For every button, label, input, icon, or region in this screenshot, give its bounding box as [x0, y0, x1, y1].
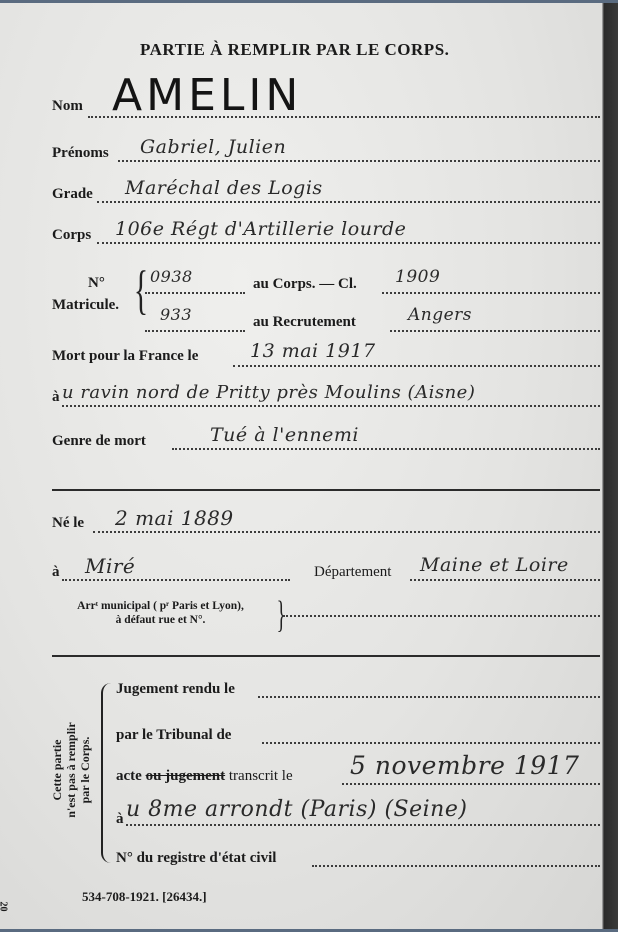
mort-date-line [233, 365, 600, 367]
matricule-label: Matricule. [52, 297, 119, 314]
grade-label: Grade [52, 186, 93, 203]
matricule-brace: { [134, 263, 148, 317]
corps-number-value: 0938 [150, 267, 193, 286]
section-divider-2 [52, 655, 600, 657]
acte-label: acte [116, 768, 142, 784]
corps-line [97, 242, 600, 244]
side-note-line1: Cette partie [50, 675, 64, 865]
mort-lieu-line [62, 405, 600, 407]
ne-lieu-prefix: à [52, 564, 60, 581]
section-divider [52, 489, 600, 491]
registre-line [312, 865, 600, 867]
mort-lieu-value: u ravin nord de Pritty près Moulins (Ais… [62, 382, 475, 403]
transcription-lieu-line [126, 824, 600, 826]
classe-value: 1909 [395, 267, 440, 287]
transcription-lieu-prefix: à [116, 811, 124, 828]
side-note-line3: par le Corps. [78, 675, 92, 865]
au-corps-label: au Corps. — Cl. [253, 276, 357, 293]
recrutement-line [390, 330, 600, 332]
document-page: PARTIE À REMPLIR PAR LE CORPS. Nom AMELI… [0, 3, 602, 929]
grade-line [97, 201, 600, 203]
departement-line [410, 579, 600, 581]
prenoms-label: Prénoms [52, 145, 109, 162]
corps-number-line [145, 292, 245, 294]
print-code: 534-708-1921. [26434.] [82, 889, 207, 905]
corps-value: 106e Régt d'Artillerie lourde [115, 218, 406, 240]
ne-label: Né le [52, 515, 84, 532]
jugement-line [258, 696, 600, 698]
acte-struck-text: ou jugement [146, 768, 226, 784]
transcrit-label: transcrit le [229, 768, 293, 784]
arrt-label-line1: Arrᵗ municipal ( pʳ Paris et Lyon), [48, 599, 273, 613]
transcrit-line [342, 783, 600, 785]
prenoms-value: Gabriel, Julien [140, 136, 286, 158]
genre-value: Tué à l'ennemi [210, 424, 359, 446]
ne-lieu-line [62, 579, 290, 581]
form-title: PARTIE À REMPLIR PAR LE CORPS. [140, 40, 449, 60]
tribunal-label: par le Tribunal de [116, 727, 231, 744]
ne-line [93, 531, 600, 533]
recrutement-number-line [145, 330, 245, 332]
grade-value: Maréchal des Logis [125, 177, 323, 199]
arrt-label-line2: à défaut rue et N°. [48, 613, 273, 627]
jugement-label: Jugement rendu le [116, 681, 235, 698]
page-edge-shadow [602, 3, 618, 929]
recrutement-value: Angers [408, 305, 472, 325]
prenoms-line [118, 160, 600, 162]
registre-label: N° du registre d'état civil [116, 850, 276, 867]
side-note: Cette partie n'est pas à remplir par le … [50, 675, 92, 865]
departement-label: Département [314, 564, 391, 581]
acte-row: acte ou jugement transcrit le [116, 768, 293, 785]
arrt-line [283, 615, 600, 617]
genre-line [172, 448, 600, 450]
transcription-lieu-value: u 8me arrondt (Paris) (Seine) [126, 797, 467, 822]
genre-label: Genre de mort [52, 433, 146, 450]
recrutement-number-value: 933 [160, 305, 192, 324]
classe-line [382, 292, 600, 294]
tribunal-line [262, 742, 600, 744]
mort-date-value: 13 mai 1917 [250, 340, 376, 362]
nom-value: AMELIN [112, 70, 302, 121]
margin-mark: 20 [0, 902, 9, 912]
au-recrutement-label: au Recrutement [253, 314, 356, 331]
ne-date-value: 2 mai 1889 [115, 506, 234, 530]
side-note-line2: n'est pas à remplir [64, 675, 78, 865]
mort-label: Mort pour la France le [52, 348, 198, 365]
no-label: N° [88, 275, 105, 292]
nom-label: Nom [52, 98, 83, 115]
departement-value: Maine et Loire [420, 554, 569, 576]
corps-label: Corps [52, 227, 91, 244]
judgement-bracket [101, 683, 111, 863]
transcrit-date-value: 5 novembre 1917 [350, 751, 579, 780]
arrt-label: Arrᵗ municipal ( pʳ Paris et Lyon), à dé… [48, 599, 273, 627]
ne-lieu-value: Miré [85, 554, 135, 578]
mort-lieu-prefix: à [52, 389, 60, 406]
